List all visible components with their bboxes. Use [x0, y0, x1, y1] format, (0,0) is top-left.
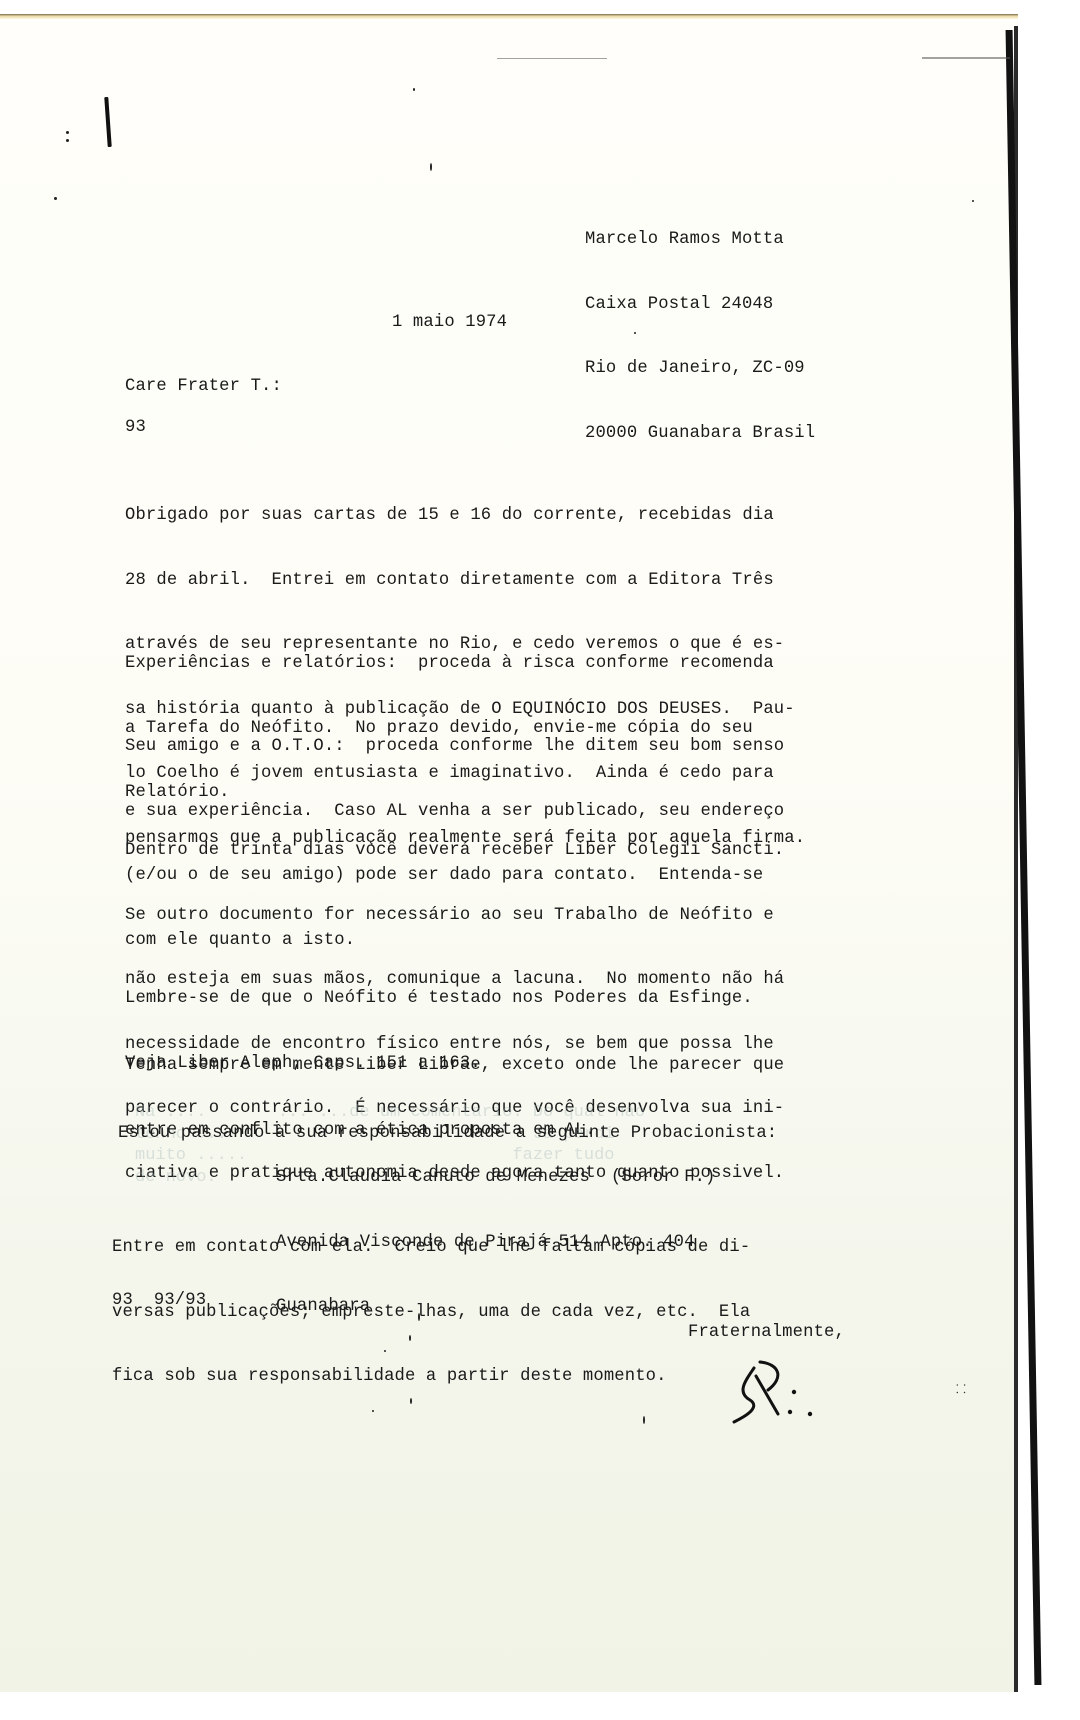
page-top-edge	[0, 14, 1018, 19]
letter-date: 1 maio 1974	[392, 312, 507, 334]
margin-dot	[972, 200, 974, 202]
margin-dot	[413, 88, 415, 91]
probationer-name: Srta.Claudia Canuto de Menezes (Soror F.…	[276, 1167, 716, 1189]
speck	[410, 1398, 412, 1404]
sender-name: Marcelo Ramos Motta	[585, 229, 815, 251]
salutation: Care Frater T.:	[125, 376, 282, 398]
margin-dot	[54, 197, 57, 200]
sender-city: Rio de Janeiro, ZC-09	[585, 358, 815, 380]
margin-dot	[66, 131, 69, 134]
speck	[372, 1410, 374, 1412]
signature-icon	[732, 1360, 822, 1430]
sender-po-box: Caixa Postal 24048	[585, 294, 815, 316]
speck	[643, 1416, 645, 1424]
valediction: Fraternalmente,	[688, 1322, 845, 1344]
stamp-mark-icon: ⸬	[956, 1380, 966, 1397]
numbers-line: 93 93/93	[112, 1290, 206, 1312]
speck	[418, 1313, 420, 1321]
paragraph-contact: Entre em contato com ela. Creio que lhe …	[112, 1194, 750, 1409]
top-rule-mark	[922, 57, 1010, 59]
speck	[384, 1350, 386, 1352]
speck	[409, 1335, 411, 1341]
sender-address: Marcelo Ramos Motta Caixa Postal 24048 R…	[585, 186, 815, 466]
greeting-number: 93	[125, 417, 146, 439]
margin-dot	[430, 163, 432, 171]
top-rule-mark	[497, 58, 607, 59]
sender-country: 20000 Guanabara Brasil	[585, 423, 815, 445]
margin-dot	[66, 139, 69, 142]
